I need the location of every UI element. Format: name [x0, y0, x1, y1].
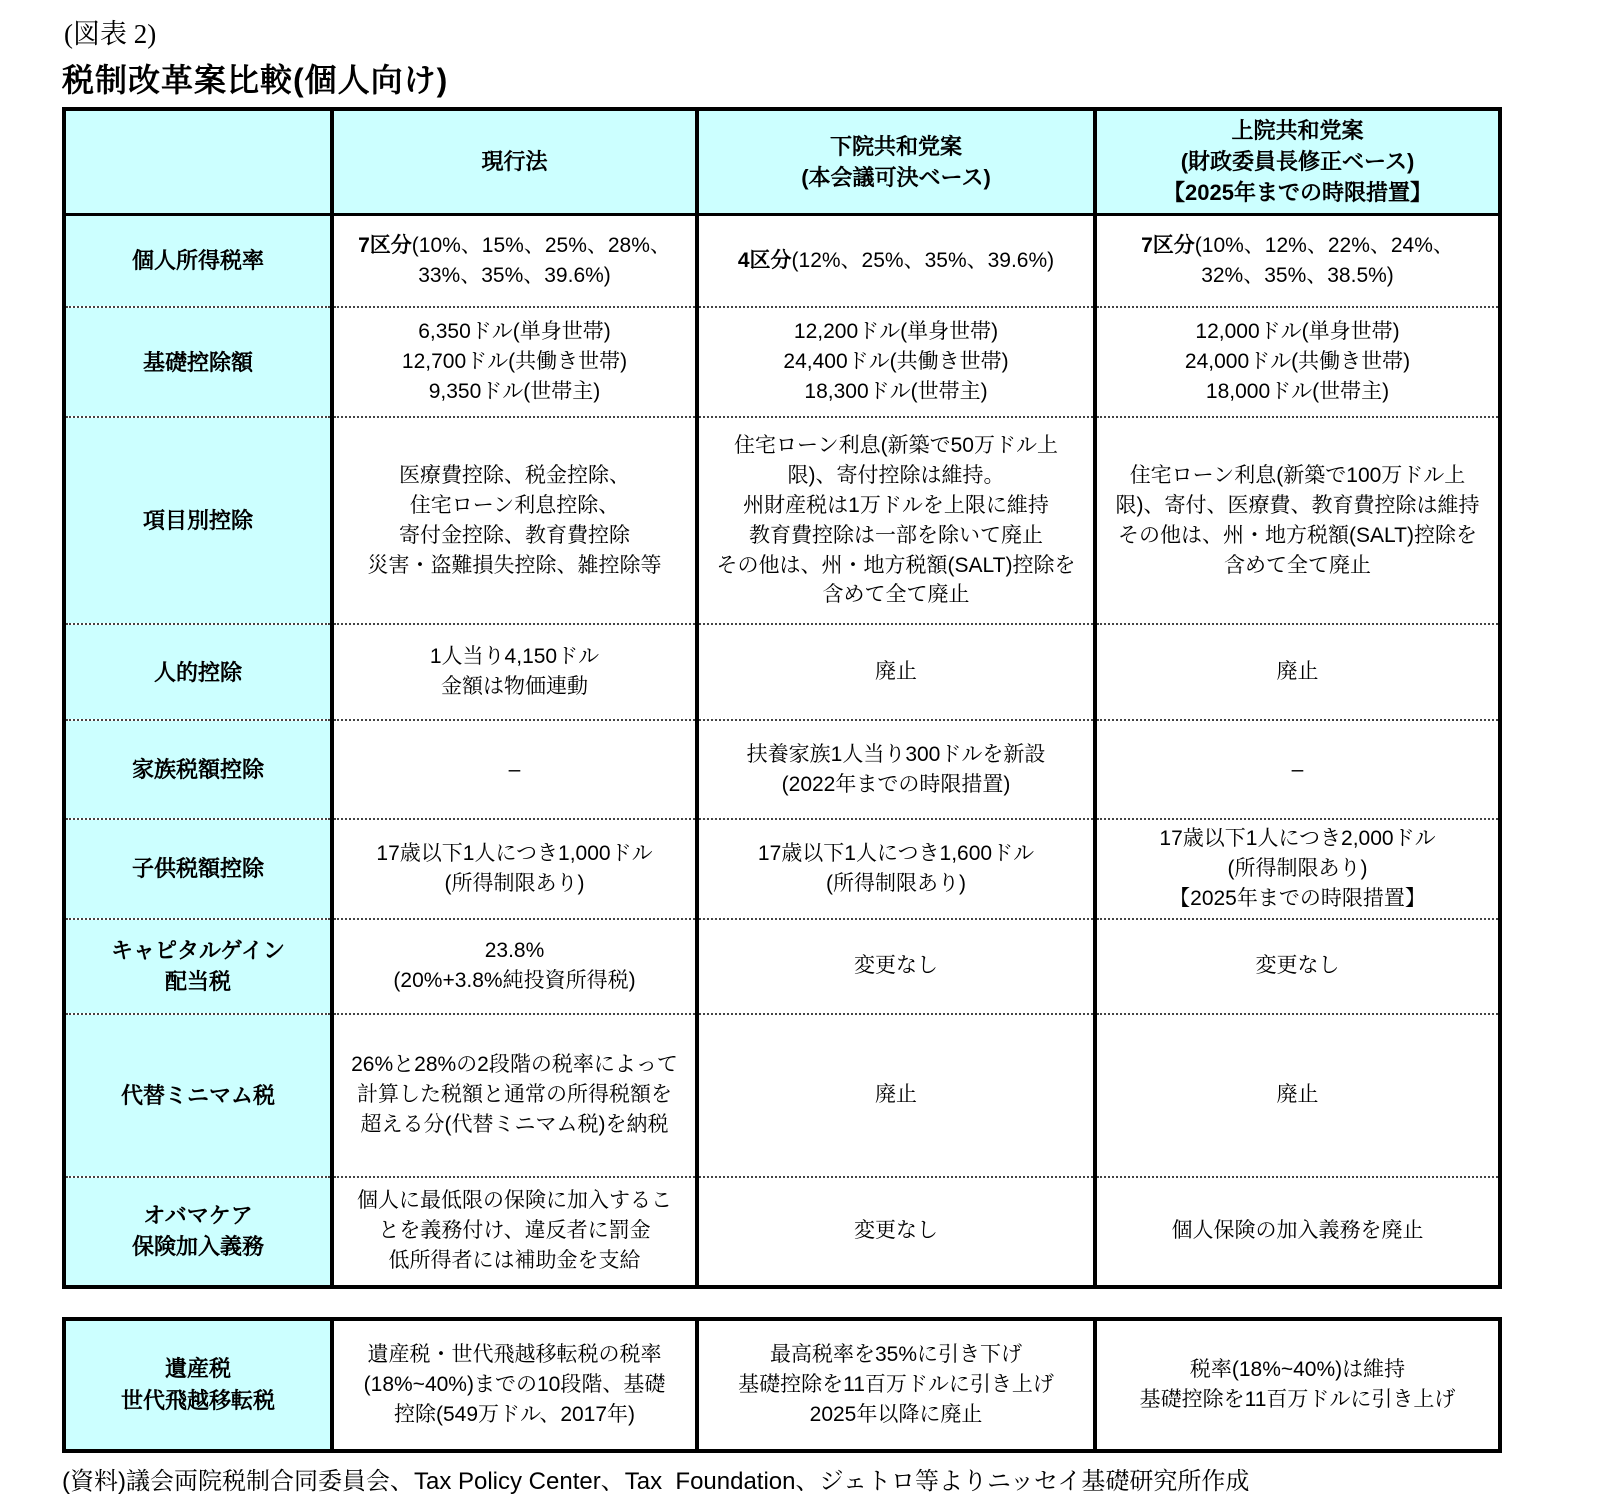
row-alternative-minimum-tax: 代替ミニマム税 26%と28%の2段階の税率によって 計算した税額と通常の所得税…: [64, 1014, 1500, 1177]
row-label-alternative-minimum-tax: 代替ミニマム税: [64, 1014, 332, 1177]
row-standard-deduction: 基礎控除額 6,350ドル(単身世帯) 12,700ドル(共働き世帯) 9,35…: [64, 307, 1500, 417]
row-personal-exemption: 人的控除 1人当り4,150ドル 金額は物価連動 廃止 廃止: [64, 624, 1500, 720]
cell-current-law: 26%と28%の2段階の税率によって 計算した税額と通常の所得税額を 超える分(…: [332, 1014, 697, 1177]
row-capital-gains-dividend-tax: キャピタルゲイン 配当税 23.8% (20%+3.8%純投資所得税) 変更なし…: [64, 919, 1500, 1014]
row-itemized-deduction: 項目別控除 医療費控除、税金控除、 住宅ローン利息控除、 寄付金控除、教育費控除…: [64, 417, 1500, 624]
cell-current-law: 17歳以下1人につき1,000ドル (所得制限あり): [332, 819, 697, 918]
cell-current-law: 医療費控除、税金控除、 住宅ローン利息控除、 寄付金控除、教育費控除 災害・盗難…: [332, 417, 697, 624]
cell-house: 住宅ローン利息(新築で50万ドル上 限)、寄付控除は維持。 州財産税は1万ドルを…: [697, 417, 1095, 624]
cell-text: (10%、12%、22%、24%、 32%、35%、38.5%): [1195, 234, 1454, 287]
estate-tax-table: 遺産税 世代飛越移転税 遺産税・世代飛越移転税の税率 (18%~40%)までの1…: [62, 1317, 1502, 1453]
cell-senate: –: [1095, 720, 1500, 819]
row-label-child-tax-credit: 子供税額控除: [64, 819, 332, 918]
row-label-family-tax-credit: 家族税額控除: [64, 720, 332, 819]
cell-senate: 12,000ドル(単身世帯) 24,000ドル(共働き世帯) 18,000ドル(…: [1095, 307, 1500, 417]
cell-senate: 住宅ローン利息(新築で100万ドル上 限)、寄付、医療費、教育費控除は維持 その…: [1095, 417, 1500, 624]
header-row: 現行法 下院共和党案 (本会議可決ベース) 上院共和党案 (財政委員長修正ベース…: [64, 109, 1500, 214]
cell-house: 変更なし: [697, 919, 1095, 1014]
cell-senate: 税率(18%~40%)は維持 基礎控除を11百万ドルに引き上げ: [1095, 1319, 1500, 1451]
cell-house: 17歳以下1人につき1,600ドル (所得制限あり): [697, 819, 1095, 918]
row-label-estate-tax: 遺産税 世代飛越移転税: [64, 1319, 332, 1451]
figure-number-label: (図表 2): [64, 12, 1620, 51]
cell-senate: 廃止: [1095, 624, 1500, 720]
row-child-tax-credit: 子供税額控除 17歳以下1人につき1,000ドル (所得制限あり) 17歳以下1…: [64, 819, 1500, 918]
tax-reform-comparison-table: 現行法 下院共和党案 (本会議可決ベース) 上院共和党案 (財政委員長修正ベース…: [62, 107, 1502, 1289]
row-label-personal-exemption: 人的控除: [64, 624, 332, 720]
row-label-standard-deduction: 基礎控除額: [64, 307, 332, 417]
cell-house: 4区分(12%、25%、35%、39.6%): [697, 214, 1095, 307]
cell-house: 最高税率を35%に引き下げ 基礎控除を11百万ドルに引き上げ 2025年以降に廃…: [697, 1319, 1095, 1451]
cell-current-law: 1人当り4,150ドル 金額は物価連動: [332, 624, 697, 720]
cell-house: 廃止: [697, 624, 1095, 720]
bold-lead: 4区分: [738, 249, 792, 272]
cell-house: 変更なし: [697, 1177, 1095, 1287]
row-estate-tax: 遺産税 世代飛越移転税 遺産税・世代飛越移転税の税率 (18%~40%)までの1…: [64, 1319, 1500, 1451]
cell-text: (10%、15%、25%、28%、 33%、35%、39.6%): [412, 234, 671, 287]
cell-text: (12%、25%、35%、39.6%): [792, 249, 1055, 272]
cell-senate: 17歳以下1人につき2,000ドル (所得制限あり) 【2025年までの時限措置…: [1095, 819, 1500, 918]
source-note: (資料)議会両院税制合同委員会、Tax Policy Center、Tax Fo…: [62, 1461, 1620, 1496]
bold-lead: 7区分: [1141, 234, 1195, 257]
cell-current-law: 個人に最低限の保険に加入するこ とを義務付け、違反者に罰金 低所得者には補助金を…: [332, 1177, 697, 1287]
row-label-itemized-deduction: 項目別控除: [64, 417, 332, 624]
cell-current-law: 23.8% (20%+3.8%純投資所得税): [332, 919, 697, 1014]
cell-current-law: 6,350ドル(単身世帯) 12,700ドル(共働き世帯) 9,350ドル(世帯…: [332, 307, 697, 417]
row-label-income-tax-rate: 個人所得税率: [64, 214, 332, 307]
cell-senate: 個人保険の加入義務を廃止: [1095, 1177, 1500, 1287]
header-current-law: 現行法: [332, 109, 697, 214]
cell-senate: 7区分(10%、12%、22%、24%、 32%、35%、38.5%): [1095, 214, 1500, 307]
header-house-plan: 下院共和党案 (本会議可決ベース): [697, 109, 1095, 214]
header-senate-plan: 上院共和党案 (財政委員長修正ベース) 【2025年までの時限措置】: [1095, 109, 1500, 214]
cell-current-law: 遺産税・世代飛越移転税の税率 (18%~40%)までの10段階、基礎 控除(54…: [332, 1319, 697, 1451]
cell-current-law: 7区分(10%、15%、25%、28%、 33%、35%、39.6%): [332, 214, 697, 307]
row-family-tax-credit: 家族税額控除 – 扶養家族1人当り300ドルを新設 (2022年までの時限措置)…: [64, 720, 1500, 819]
row-obamacare-mandate: オバマケア 保険加入義務 個人に最低限の保険に加入するこ とを義務付け、違反者に…: [64, 1177, 1500, 1287]
row-label-capital-gains-dividend-tax: キャピタルゲイン 配当税: [64, 919, 332, 1014]
cell-house: 廃止: [697, 1014, 1095, 1177]
cell-current-law: –: [332, 720, 697, 819]
row-income-tax-rate: 個人所得税率 7区分(10%、15%、25%、28%、 33%、35%、39.6…: [64, 214, 1500, 307]
cell-senate: 変更なし: [1095, 919, 1500, 1014]
page-title: 税制改革案比較(個人向け): [62, 55, 1620, 101]
bold-lead: 7区分: [358, 234, 412, 257]
header-item-column: [64, 109, 332, 214]
cell-house: 12,200ドル(単身世帯) 24,400ドル(共働き世帯) 18,300ドル(…: [697, 307, 1095, 417]
figure-container: (図表 2) 税制改革案比較(個人向け) 現行法 下院共和党案 (本会議可決ベー…: [0, 0, 1620, 1496]
cell-senate: 廃止: [1095, 1014, 1500, 1177]
row-label-obamacare-mandate: オバマケア 保険加入義務: [64, 1177, 332, 1287]
cell-house: 扶養家族1人当り300ドルを新設 (2022年までの時限措置): [697, 720, 1095, 819]
